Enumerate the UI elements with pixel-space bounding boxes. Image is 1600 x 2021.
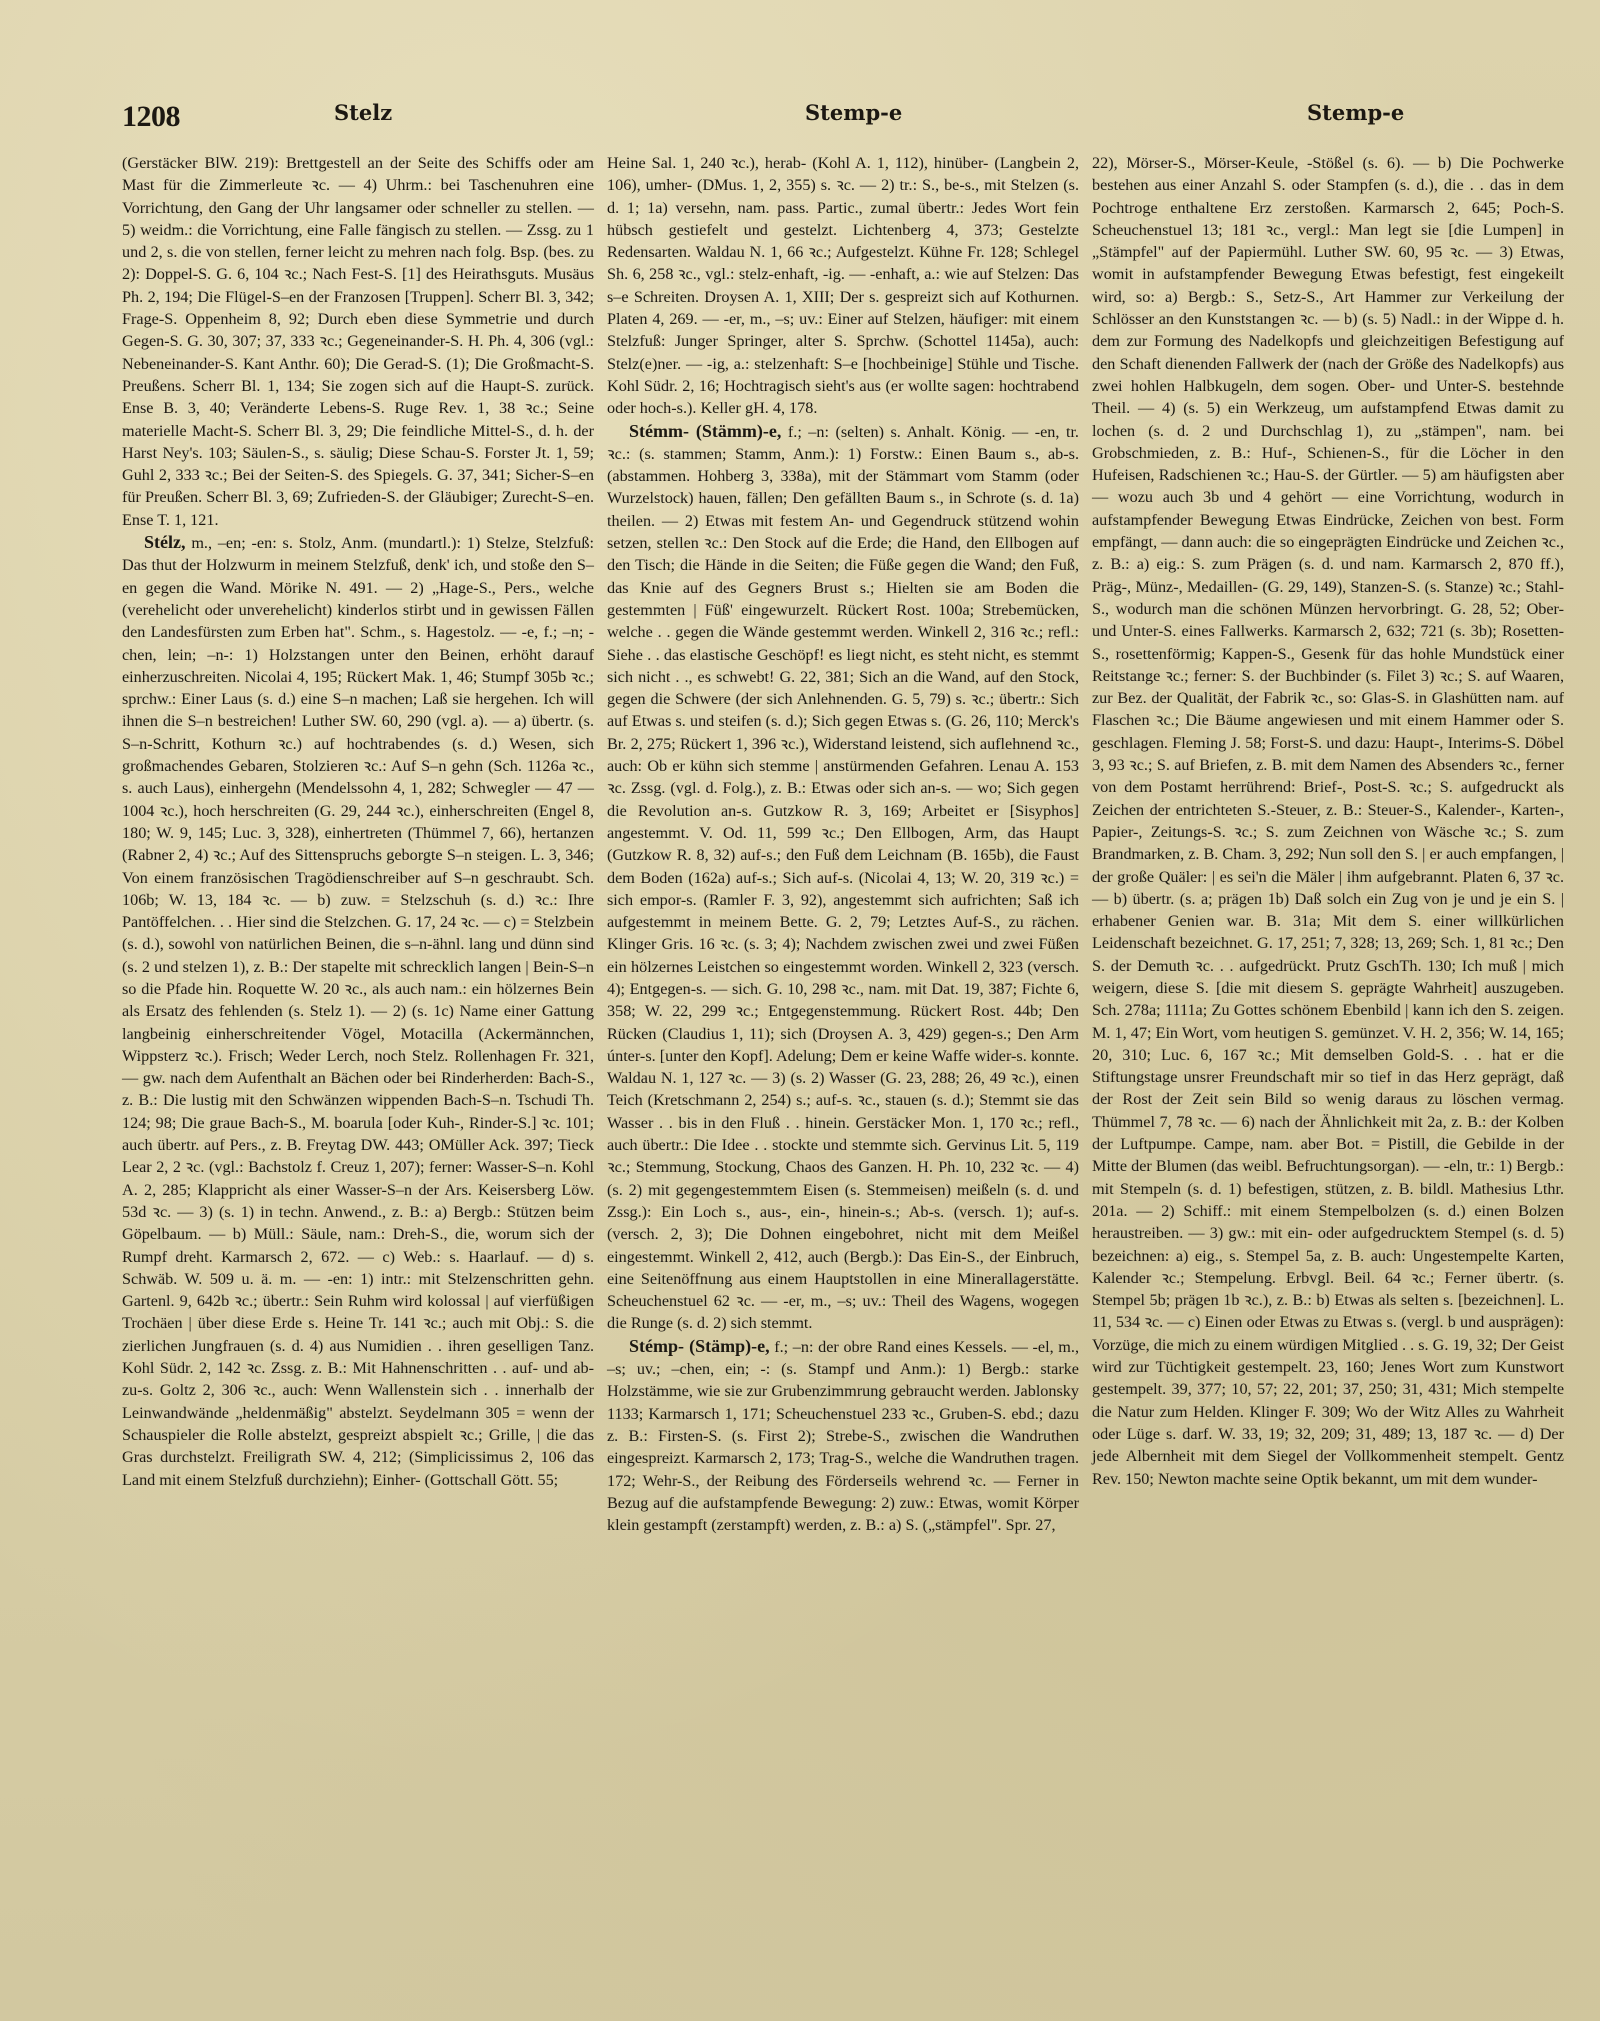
running-head-right: Stemp-e: [1307, 100, 1404, 125]
headword: Stémm- (Stämm)-e,: [629, 421, 781, 441]
column-middle: Heine Sal. 1, 240 ꝛc.), herab- (Kohl A. …: [607, 152, 1079, 1536]
dictionary-entry-stelz: Stélz, m., –en; -en: s. Stolz, Anm. (mun…: [122, 531, 594, 1491]
paragraph-continuation: (Gerstäcker BlW. 219): Brettgestell an d…: [122, 152, 594, 531]
entry-body: m., –en; -en: s. Stolz, Anm. (mundartl.)…: [122, 534, 594, 1488]
paragraph-continuation: 22), Mörser-S., Mörser-Keule, -Stößel (s…: [1092, 152, 1564, 1490]
paragraph-continuation: Heine Sal. 1, 240 ꝛc.), herab- (Kohl A. …: [607, 152, 1079, 420]
dictionary-entry-stemp: Stémp- (Stämp)-e, f.; –n: der obre Rand …: [607, 1335, 1079, 1537]
page-number: 1208: [122, 100, 180, 134]
headword: Stélz,: [144, 532, 185, 552]
running-head-left: Stelz: [334, 100, 392, 125]
entry-body: f.; –n: der obre Rand eines Kessels. — -…: [607, 1338, 1079, 1534]
column-right: 22), Mörser-S., Mörser-Keule, -Stößel (s…: [1092, 152, 1564, 1536]
entry-body: f.; –n: (selten) s. Anhalt. König. — -en…: [607, 423, 1079, 1333]
headword: Stémp- (Stämp)-e,: [629, 1336, 770, 1356]
page-header: 1208 Stelz Stemp-e Stemp-e: [122, 96, 1562, 136]
running-head-middle: Stemp-e: [805, 100, 902, 125]
dictionary-columns: (Gerstäcker BlW. 219): Brettgestell an d…: [122, 152, 1564, 1536]
dictionary-entry-stemm: Stémm- (Stämm)-e, f.; –n: (selten) s. An…: [607, 420, 1079, 1335]
column-left: (Gerstäcker BlW. 219): Brettgestell an d…: [122, 152, 594, 1536]
